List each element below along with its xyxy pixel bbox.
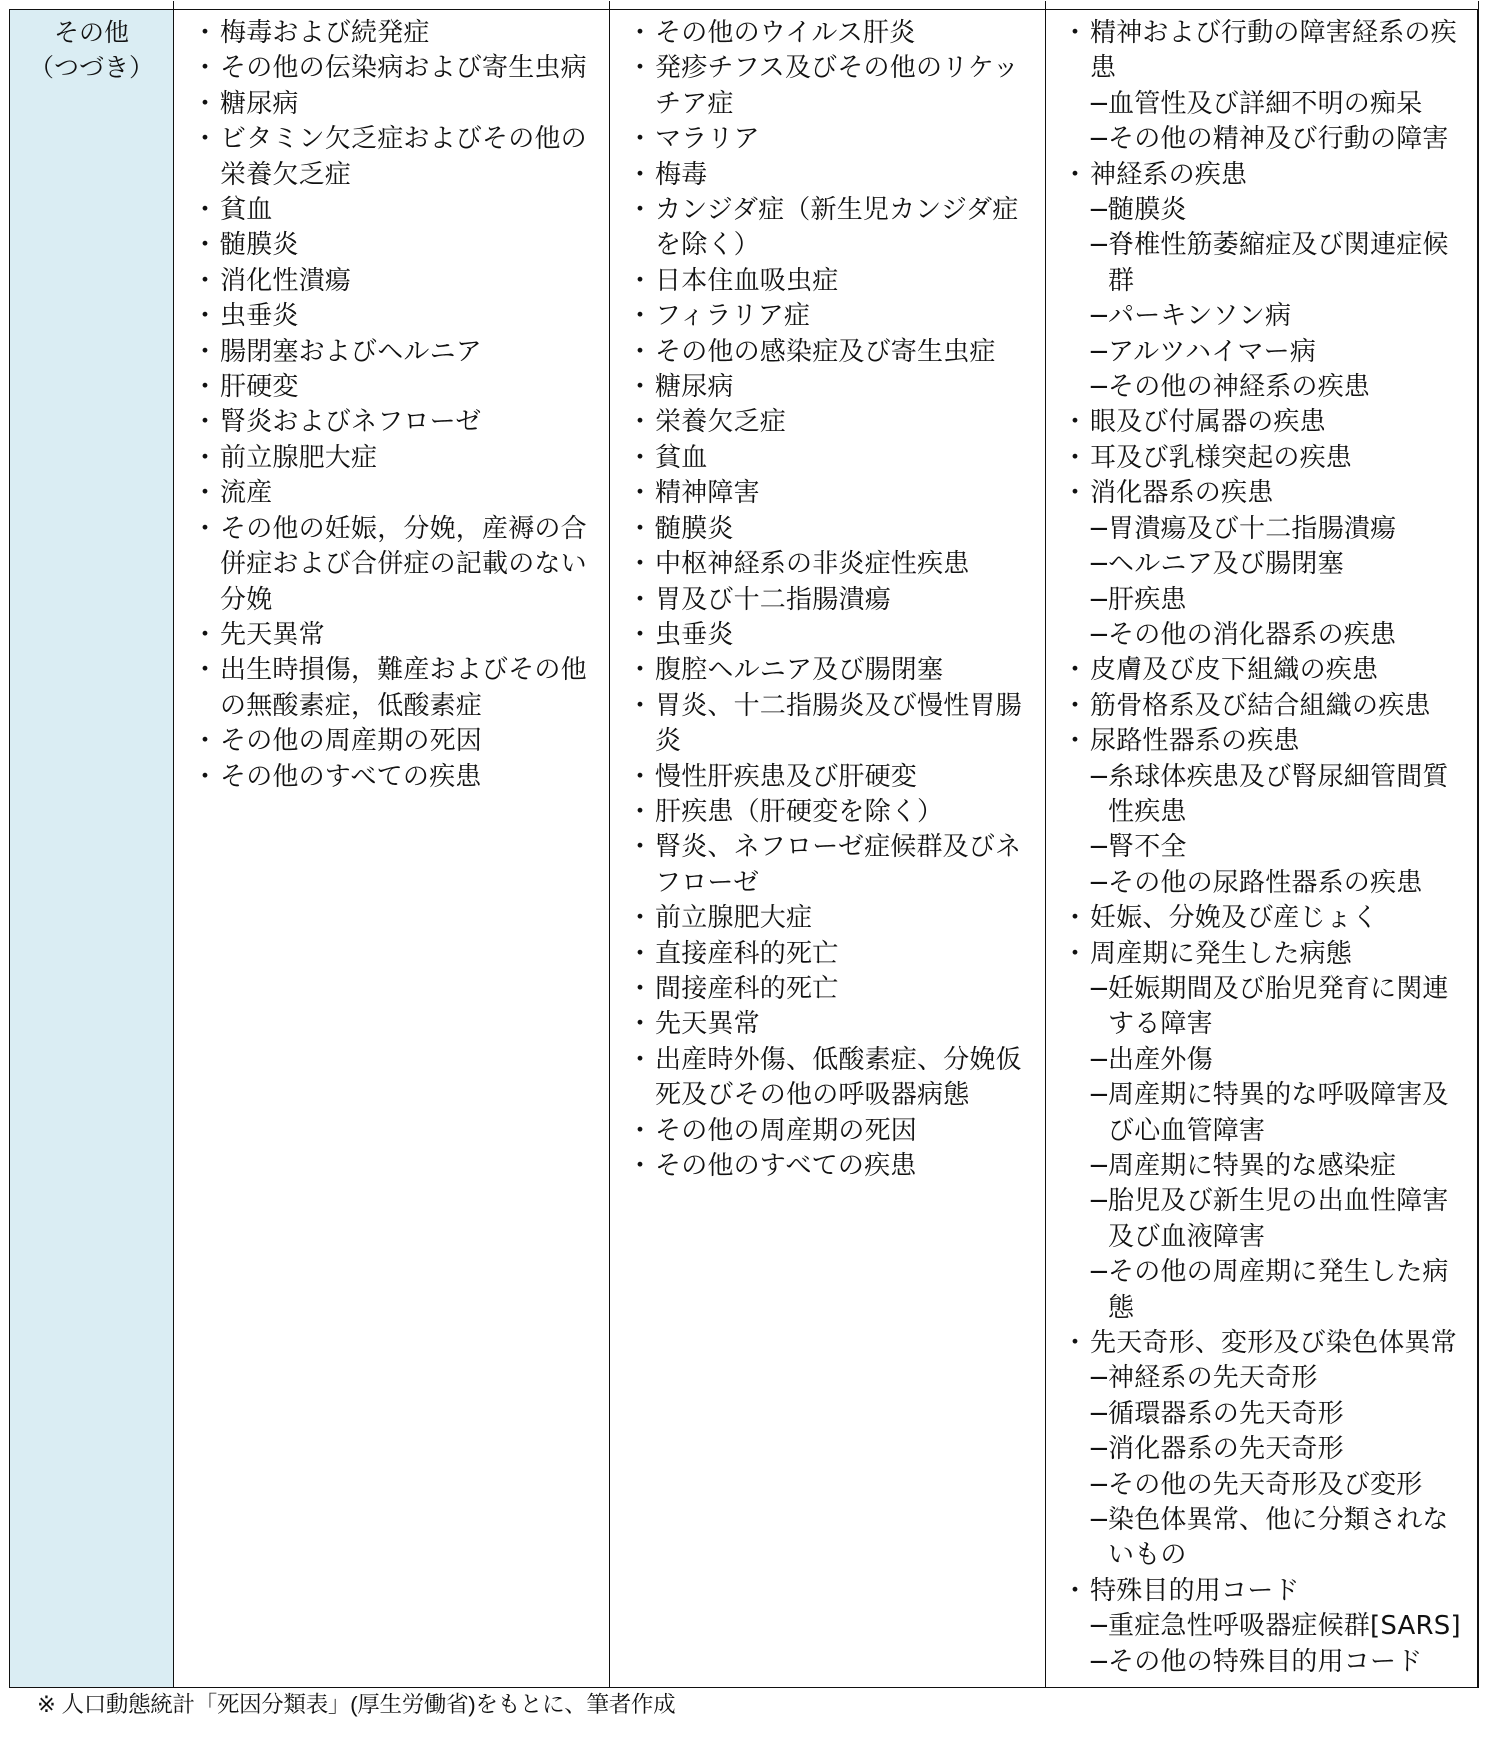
list-item-text: 糖尿病: [655, 370, 1045, 405]
list-item: ・消化性潰瘍: [174, 264, 609, 299]
dash-icon: −: [1088, 1609, 1106, 1644]
bullet-icon: ・: [627, 335, 653, 370]
bullet-icon: ・: [627, 370, 653, 405]
bullet-icon: ・: [1062, 476, 1088, 511]
sub-list-item: −循環器系の先天奇形: [1046, 1397, 1477, 1432]
list-item-text: 栄養欠乏症: [655, 405, 1045, 440]
list-item-text: 胃及び十二指腸潰瘍: [655, 583, 1045, 618]
bullet-icon: ・: [627, 795, 653, 830]
bullet-icon: ・: [192, 264, 218, 299]
list-item: ・慢性肝疾患及び肝硬変: [610, 760, 1045, 795]
list-item-text: 妊娠、分娩及び産じょく: [1090, 901, 1477, 936]
sub-list-item: −神経系の先天奇形: [1046, 1361, 1477, 1396]
sub-list-item: −その他の尿路性器系の疾患: [1046, 866, 1477, 901]
dash-icon: −: [1088, 1645, 1106, 1680]
bullet-icon: ・: [627, 653, 653, 688]
list-item-text: 消化器系の疾患: [1090, 476, 1477, 511]
bullet-icon: ・: [627, 937, 653, 972]
list-item-text: 発疹チフス及びその他のリケッ: [655, 51, 1045, 86]
list-item: ・精神障害: [610, 476, 1045, 511]
list-item: ・周産期に発生した病態: [1046, 937, 1477, 972]
list-item-text: フィラリア症: [655, 299, 1045, 334]
list-item-text: 尿路性器系の疾患: [1090, 724, 1477, 759]
list-item-text: 周産期に特異的な呼吸障害及: [1108, 1078, 1477, 1113]
list-item-text: いもの: [1108, 1538, 1477, 1573]
list-item-text: 筋骨格系及び結合組織の疾患: [1090, 689, 1477, 724]
list-item-text: その他の周産期の死因: [655, 1114, 1045, 1149]
column-3: ・精神および行動の障害経系の疾患−血管性及び詳細不明の痴呆−その他の精神及び行動…: [1045, 10, 1479, 1687]
sub-list-item: −脊椎性筋萎縮症及び関連症候群: [1046, 228, 1477, 299]
bullet-icon: ・: [627, 193, 653, 228]
list-item-text: 腹腔ヘルニア及び腸閉塞: [655, 653, 1045, 688]
bullet-icon: ・: [1062, 441, 1088, 476]
list-item: ・フィラリア症: [610, 299, 1045, 334]
list-item: ・皮膚及び皮下組織の疾患: [1046, 653, 1477, 688]
list-item: ・神経系の疾患: [1046, 158, 1477, 193]
list-item: ・精神および行動の障害経系の疾患: [1046, 16, 1477, 87]
bullet-icon: ・: [1062, 16, 1088, 51]
list-item-text: 併症および合併症の記載のない: [220, 547, 609, 582]
bullet-icon: ・: [627, 476, 653, 511]
dash-icon: −: [1088, 228, 1106, 263]
list-item: ・肝疾患（肝硬変を除く）: [610, 795, 1045, 830]
bullet-icon: ・: [627, 16, 653, 51]
bullet-icon: ・: [1062, 653, 1088, 688]
sub-list-item: −その他の周産期に発生した病態: [1046, 1255, 1477, 1326]
list-item-text: 死及びその他の呼吸器病態: [655, 1078, 1045, 1113]
list-item: ・腎炎およびネフローゼ: [174, 405, 609, 440]
list-item-text: 精神および行動の障害経系の疾: [1090, 16, 1477, 51]
list-item-text: 胃潰瘍及び十二指腸潰瘍: [1108, 512, 1477, 547]
list-item-text: 腎炎、ネフローゼ症候群及びネ: [655, 830, 1045, 865]
list-item: ・発疹チフス及びその他のリケッチア症: [610, 51, 1045, 122]
list-item-text: パーキンソン病: [1108, 299, 1477, 334]
bullet-icon: ・: [627, 158, 653, 193]
bullet-icon: ・: [627, 122, 653, 157]
list-item-text: その他の神経系の疾患: [1108, 370, 1477, 405]
list-item: ・その他の伝染病および寄生虫病: [174, 51, 609, 86]
list-item-text: 先天異常: [220, 618, 609, 653]
list-item-text: フローゼ: [655, 866, 1045, 901]
list-item-text: その他の尿路性器系の疾患: [1108, 866, 1477, 901]
sub-list-item: −血管性及び詳細不明の痴呆: [1046, 87, 1477, 122]
bullet-icon: ・: [192, 193, 218, 228]
sub-list-item: −その他の消化器系の疾患: [1046, 618, 1477, 653]
column-divider-tick: [1478, 1, 1479, 10]
list-item-text: アルツハイマー病: [1108, 335, 1477, 370]
dash-icon: −: [1088, 1397, 1106, 1432]
list-item: ・日本住血吸虫症: [610, 264, 1045, 299]
list-item: ・直接産科的死亡: [610, 937, 1045, 972]
bullet-icon: ・: [1062, 689, 1088, 724]
list-item-text: 流産: [220, 476, 609, 511]
bullet-icon: ・: [192, 512, 218, 547]
list-item-text: 腸閉塞およびヘルニア: [220, 335, 609, 370]
sub-list-item: −消化器系の先天奇形: [1046, 1432, 1477, 1467]
list-item-text: 脊椎性筋萎縮症及び関連症候: [1108, 228, 1477, 263]
dash-icon: −: [1088, 1043, 1106, 1078]
dash-icon: −: [1088, 1184, 1106, 1219]
list-item: ・梅毒: [610, 158, 1045, 193]
sub-list-item: −髄膜炎: [1046, 193, 1477, 228]
list-item: ・虫垂炎: [174, 299, 609, 334]
list-item-text: その他のウイルス肝炎: [655, 16, 1045, 51]
dash-icon: −: [1088, 547, 1106, 582]
list-item: ・先天異常: [610, 1007, 1045, 1042]
list-item-text: その他の周産期に発生した病: [1108, 1255, 1477, 1290]
column-2: ・その他のウイルス肝炎・発疹チフス及びその他のリケッチア症・マラリア・梅毒・カン…: [609, 10, 1045, 1687]
dash-icon: −: [1088, 1255, 1106, 1290]
list-item-text: 先天異常: [655, 1007, 1045, 1042]
list-item-text: 髄膜炎: [220, 228, 609, 263]
row-header-title: その他: [10, 15, 173, 50]
dash-icon: −: [1088, 1468, 1106, 1503]
list-item-text: 貧血: [220, 193, 609, 228]
sub-list-item: −周産期に特異的な呼吸障害及び心血管障害: [1046, 1078, 1477, 1149]
list-item: ・貧血: [610, 441, 1045, 476]
list-item-text: 前立腺肥大症: [220, 441, 609, 476]
list-item-text: ビタミン欠乏症およびその他の: [220, 122, 609, 157]
list-item-text: 前立腺肥大症: [655, 901, 1045, 936]
list-item-text: 皮膚及び皮下組織の疾患: [1090, 653, 1477, 688]
list-item-text: 態: [1108, 1291, 1477, 1326]
list-item-text: カンジダ症（新生児カンジダ症: [655, 193, 1045, 228]
list-item: ・前立腺肥大症: [174, 441, 609, 476]
sub-list-item: −その他の精神及び行動の障害: [1046, 122, 1477, 157]
list-item-text: 性疾患: [1108, 795, 1477, 830]
list-item: ・その他の妊娠，分娩，産褥の合併症および合併症の記載のない分娩: [174, 512, 609, 618]
list-item-text: 腎炎およびネフローゼ: [220, 405, 609, 440]
list-item: ・筋骨格系及び結合組織の疾患: [1046, 689, 1477, 724]
list-item-text: 虫垂炎: [220, 299, 609, 334]
list-item: ・髄膜炎: [610, 512, 1045, 547]
bullet-icon: ・: [192, 476, 218, 511]
list-item: ・その他のウイルス肝炎: [610, 16, 1045, 51]
bullet-icon: ・: [1062, 901, 1088, 936]
list-item-text: 胎児及び新生児の出血性障害: [1108, 1184, 1477, 1219]
list-item: ・カンジダ症（新生児カンジダ症を除く）: [610, 193, 1045, 264]
list-item-text: 虫垂炎: [655, 618, 1045, 653]
list-item-text: 眼及び付属器の疾患: [1090, 405, 1477, 440]
sub-list-item: −重症急性呼吸器症候群[SARS]: [1046, 1609, 1477, 1644]
bullet-icon: ・: [627, 51, 653, 86]
dash-icon: −: [1088, 1078, 1106, 1113]
bullet-icon: ・: [192, 441, 218, 476]
column-3-list: ・精神および行動の障害経系の疾患−血管性及び詳細不明の痴呆−その他の精神及び行動…: [1046, 10, 1477, 1680]
list-item-text: 栄養欠乏症: [220, 158, 609, 193]
bullet-icon: ・: [1062, 1574, 1088, 1609]
bullet-icon: ・: [627, 760, 653, 795]
list-item-text: その他の感染症及び寄生虫症: [655, 335, 1045, 370]
sub-list-item: −妊娠期間及び胎児発育に関連する障害: [1046, 972, 1477, 1043]
bullet-icon: ・: [627, 618, 653, 653]
list-item-text: 髄膜炎: [655, 512, 1045, 547]
list-item-text: その他の妊娠，分娩，産褥の合: [220, 512, 609, 547]
bullet-icon: ・: [627, 264, 653, 299]
cause-of-death-classification-table: その他 （つづき） ・梅毒および続発症・その他の伝染病および寄生虫病・糖尿病・ビ…: [9, 9, 1479, 1688]
list-item: ・眼及び付属器の疾患: [1046, 405, 1477, 440]
list-item-text: 肝硬変: [220, 370, 609, 405]
bullet-icon: ・: [1062, 158, 1088, 193]
list-item-text: マラリア: [655, 122, 1045, 157]
bullet-icon: ・: [192, 87, 218, 122]
bullet-icon: ・: [192, 335, 218, 370]
list-item-text: 慢性肝疾患及び肝硬変: [655, 760, 1045, 795]
dash-icon: −: [1088, 760, 1106, 795]
list-item: ・間接産科的死亡: [610, 972, 1045, 1007]
sub-list-item: −その他の特殊目的用コード: [1046, 1645, 1477, 1680]
source-note: ※ 人口動態統計「死因分類表」(厚生労働省)をもとに、筆者作成: [37, 1689, 675, 1721]
sub-list-item: −胎児及び新生児の出血性障害及び血液障害: [1046, 1184, 1477, 1255]
dash-icon: −: [1088, 1432, 1106, 1467]
list-item: ・尿路性器系の疾患: [1046, 724, 1477, 759]
bullet-icon: ・: [192, 51, 218, 86]
sub-list-item: −ヘルニア及び腸閉塞: [1046, 547, 1477, 582]
list-item: ・マラリア: [610, 122, 1045, 157]
list-item-text: 直接産科的死亡: [655, 937, 1045, 972]
list-item-text: 血管性及び詳細不明の痴呆: [1108, 87, 1477, 122]
list-item-text: 出生時損傷，難産およびその他: [220, 653, 609, 688]
list-item: ・貧血: [174, 193, 609, 228]
sub-list-item: −糸球体疾患及び腎尿細管間質性疾患: [1046, 760, 1477, 831]
list-item: ・前立腺肥大症: [610, 901, 1045, 936]
list-item-text: 患: [1090, 51, 1477, 86]
list-item: ・腹腔ヘルニア及び腸閉塞: [610, 653, 1045, 688]
list-item-text: 神経系の先天奇形: [1108, 1361, 1477, 1396]
list-item-text: 周産期に特異的な感染症: [1108, 1149, 1477, 1184]
list-item-text: その他のすべての疾患: [655, 1149, 1045, 1184]
sub-list-item: −肝疾患: [1046, 583, 1477, 618]
list-item: ・特殊目的用コード: [1046, 1574, 1477, 1609]
list-item: ・出生時損傷，難産およびその他の無酸素症，低酸素症: [174, 653, 609, 724]
bullet-icon: ・: [627, 299, 653, 334]
list-item-text: 及び血液障害: [1108, 1220, 1477, 1255]
list-item-text: その他の伝染病および寄生虫病: [220, 51, 609, 86]
dash-icon: −: [1088, 618, 1106, 653]
list-item-text: その他の先天奇形及び変形: [1108, 1468, 1477, 1503]
list-item-text: その他の精神及び行動の障害: [1108, 122, 1477, 157]
list-item-text: 中枢神経系の非炎症性疾患: [655, 547, 1045, 582]
list-item-text: 群: [1108, 264, 1477, 299]
list-item: ・胃及び十二指腸潰瘍: [610, 583, 1045, 618]
list-item-text: その他の消化器系の疾患: [1108, 618, 1477, 653]
list-item: ・虫垂炎: [610, 618, 1045, 653]
list-item-text: 染色体異常、他に分類されな: [1108, 1503, 1477, 1538]
sub-list-item: −その他の神経系の疾患: [1046, 370, 1477, 405]
list-item: ・その他のすべての疾患: [610, 1149, 1045, 1184]
list-item: ・その他の周産期の死因: [610, 1114, 1045, 1149]
list-item: ・髄膜炎: [174, 228, 609, 263]
list-item-text: 出産外傷: [1108, 1043, 1477, 1078]
bullet-icon: ・: [627, 405, 653, 440]
list-item-text: 消化性潰瘍: [220, 264, 609, 299]
column-divider-tick: [1045, 1, 1046, 10]
list-item: ・妊娠、分娩及び産じょく: [1046, 901, 1477, 936]
list-item-text: 炎: [655, 724, 1045, 759]
dash-icon: −: [1088, 1149, 1106, 1184]
bullet-icon: ・: [627, 830, 653, 865]
list-item-text: 重症急性呼吸器症候群[SARS]: [1108, 1609, 1477, 1644]
column-2-list: ・その他のウイルス肝炎・発疹チフス及びその他のリケッチア症・マラリア・梅毒・カン…: [610, 10, 1045, 1184]
list-item-text: 先天奇形、変形及び染色体異常: [1090, 1326, 1477, 1361]
list-item: ・ビタミン欠乏症およびその他の栄養欠乏症: [174, 122, 609, 193]
bullet-icon: ・: [192, 760, 218, 795]
list-item-text: の無酸素症，低酸素症: [220, 689, 609, 724]
list-item: ・先天奇形、変形及び染色体異常: [1046, 1326, 1477, 1361]
list-item-text: 髄膜炎: [1108, 193, 1477, 228]
list-item: ・腸閉塞およびヘルニア: [174, 335, 609, 370]
list-item-text: 糸球体疾患及び腎尿細管間質: [1108, 760, 1477, 795]
list-item-text: を除く）: [655, 228, 1045, 263]
list-item-text: 糖尿病: [220, 87, 609, 122]
list-item-text: 消化器系の先天奇形: [1108, 1432, 1477, 1467]
row-header-cell: その他 （つづき）: [9, 10, 173, 1687]
list-item-text: 精神障害: [655, 476, 1045, 511]
list-item-text: 出産時外傷、低酸素症、分娩仮: [655, 1043, 1045, 1078]
list-item: ・中枢神経系の非炎症性疾患: [610, 547, 1045, 582]
dash-icon: −: [1088, 370, 1106, 405]
sub-list-item: −腎不全: [1046, 830, 1477, 865]
list-item: ・糖尿病: [174, 87, 609, 122]
bullet-icon: ・: [1062, 405, 1088, 440]
list-item: ・その他の周産期の死因: [174, 724, 609, 759]
list-item: ・肝硬変: [174, 370, 609, 405]
list-item-text: ヘルニア及び腸閉塞: [1108, 547, 1477, 582]
bullet-icon: ・: [627, 441, 653, 476]
sub-list-item: −アルツハイマー病: [1046, 335, 1477, 370]
bullet-icon: ・: [192, 405, 218, 440]
bullet-icon: ・: [1062, 724, 1088, 759]
bullet-icon: ・: [192, 228, 218, 263]
list-item-text: その他の周産期の死因: [220, 724, 609, 759]
dash-icon: −: [1088, 193, 1106, 228]
dash-icon: −: [1088, 830, 1106, 865]
sub-list-item: −胃潰瘍及び十二指腸潰瘍: [1046, 512, 1477, 547]
bullet-icon: ・: [627, 547, 653, 582]
list-item-text: 分娩: [220, 583, 609, 618]
column-1-list: ・梅毒および続発症・その他の伝染病および寄生虫病・糖尿病・ビタミン欠乏症およびそ…: [174, 10, 609, 795]
column-1: ・梅毒および続発症・その他の伝染病および寄生虫病・糖尿病・ビタミン欠乏症およびそ…: [173, 10, 609, 1687]
dash-icon: −: [1088, 1361, 1106, 1396]
column-divider-tick: [609, 1, 610, 10]
list-item-text: 梅毒: [655, 158, 1045, 193]
list-item-text: 間接産科的死亡: [655, 972, 1045, 1007]
list-item-text: 胃炎、十二指腸炎及び慢性胃腸: [655, 689, 1045, 724]
dash-icon: −: [1088, 122, 1106, 157]
list-item-text: その他のすべての疾患: [220, 760, 609, 795]
dash-icon: −: [1088, 87, 1106, 122]
bullet-icon: ・: [1062, 1326, 1088, 1361]
bullet-icon: ・: [627, 1043, 653, 1078]
bullet-icon: ・: [192, 122, 218, 157]
bullet-icon: ・: [192, 653, 218, 688]
column-divider-tick: [173, 1, 174, 10]
bullet-icon: ・: [627, 583, 653, 618]
list-item: ・糖尿病: [610, 370, 1045, 405]
list-item-text: 特殊目的用コード: [1090, 1574, 1477, 1609]
list-item: ・腎炎、ネフローゼ症候群及びネフローゼ: [610, 830, 1045, 901]
list-item: ・その他のすべての疾患: [174, 760, 609, 795]
row-header-continued: （つづき）: [10, 50, 173, 85]
bullet-icon: ・: [627, 1114, 653, 1149]
bullet-icon: ・: [627, 689, 653, 724]
list-item-text: 腎不全: [1108, 830, 1477, 865]
bullet-icon: ・: [192, 618, 218, 653]
list-item-text: 神経系の疾患: [1090, 158, 1477, 193]
list-item-text: び心血管障害: [1108, 1114, 1477, 1149]
bullet-icon: ・: [627, 1149, 653, 1184]
list-item: ・栄養欠乏症: [610, 405, 1045, 440]
bullet-icon: ・: [192, 299, 218, 334]
list-item: ・胃炎、十二指腸炎及び慢性胃腸炎: [610, 689, 1045, 760]
list-item: ・消化器系の疾患: [1046, 476, 1477, 511]
list-item: ・先天異常: [174, 618, 609, 653]
sub-list-item: −その他の先天奇形及び変形: [1046, 1468, 1477, 1503]
dash-icon: −: [1088, 866, 1106, 901]
list-item-text: 周産期に発生した病態: [1090, 937, 1477, 972]
list-item: ・その他の感染症及び寄生虫症: [610, 335, 1045, 370]
list-item: ・出産時外傷、低酸素症、分娩仮死及びその他の呼吸器病態: [610, 1043, 1045, 1114]
bullet-icon: ・: [627, 1007, 653, 1042]
bullet-icon: ・: [192, 370, 218, 405]
list-item-text: 肝疾患: [1108, 583, 1477, 618]
list-item: ・梅毒および続発症: [174, 16, 609, 51]
list-item-text: する障害: [1108, 1007, 1477, 1042]
list-item: ・流産: [174, 476, 609, 511]
list-item-text: 日本住血吸虫症: [655, 264, 1045, 299]
sub-list-item: −出産外傷: [1046, 1043, 1477, 1078]
list-item-text: 貧血: [655, 441, 1045, 476]
sub-list-item: −パーキンソン病: [1046, 299, 1477, 334]
bullet-icon: ・: [192, 16, 218, 51]
bullet-icon: ・: [627, 901, 653, 936]
bullet-icon: ・: [627, 512, 653, 547]
list-item-text: 妊娠期間及び胎児発育に関連: [1108, 972, 1477, 1007]
bullet-icon: ・: [192, 724, 218, 759]
list-item-text: チア症: [655, 87, 1045, 122]
dash-icon: −: [1088, 972, 1106, 1007]
sub-list-item: −周産期に特異的な感染症: [1046, 1149, 1477, 1184]
list-item-text: 循環器系の先天奇形: [1108, 1397, 1477, 1432]
dash-icon: −: [1088, 512, 1106, 547]
dash-icon: −: [1088, 299, 1106, 334]
list-item-text: 肝疾患（肝硬変を除く）: [655, 795, 1045, 830]
bullet-icon: ・: [1062, 937, 1088, 972]
dash-icon: −: [1088, 335, 1106, 370]
list-item-text: その他の特殊目的用コード: [1108, 1645, 1477, 1680]
list-item-text: 耳及び乳様突起の疾患: [1090, 441, 1477, 476]
dash-icon: −: [1088, 1503, 1106, 1538]
sub-list-item: −染色体異常、他に分類されないもの: [1046, 1503, 1477, 1574]
bullet-icon: ・: [627, 972, 653, 1007]
dash-icon: −: [1088, 583, 1106, 618]
list-item-text: 梅毒および続発症: [220, 16, 609, 51]
list-item: ・耳及び乳様突起の疾患: [1046, 441, 1477, 476]
